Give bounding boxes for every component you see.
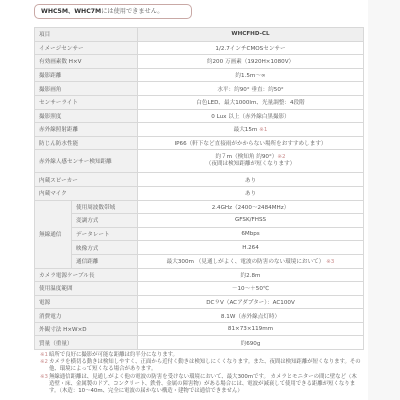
row-label: 撮影照度 — [35, 109, 138, 123]
table-row: 有効画素数 H×V 約200 万画素（1920H×1080V） — [35, 55, 364, 69]
table-row: 映像方式 H.264 — [35, 241, 364, 255]
row-value: 81×73×119mm — [138, 322, 364, 336]
row-label: 内蔵マイク — [35, 186, 138, 200]
footnote-ref: ※1 — [259, 127, 267, 133]
table-row: 内蔵マイク あり — [35, 186, 364, 200]
table-row: イメージセンサー 1/2.7インチCMOSセンサー — [35, 41, 364, 55]
table-row: 無線通信 使用周波数帯域 2.4GHz（2400～2484MHz） — [35, 200, 364, 214]
row-label: データレート — [72, 227, 138, 241]
compatibility-notice: WHC5M、WHC7Mには使用できません。 — [34, 4, 192, 19]
table-row: 撮影画角 水平：約90° 垂直：約50° — [35, 82, 364, 96]
row-label: 電源 — [35, 295, 138, 309]
row-value: GFSK/FHSS — [138, 214, 364, 228]
row-value: 2.4GHz（2400～2484MHz） — [138, 200, 364, 214]
footnote-ref: ※3 — [326, 259, 334, 265]
footnote-text: 無線通信距離は、見通しがよく他の電波の防害を受けない環境において、最大300mで… — [49, 374, 362, 396]
row-label: 内蔵スピーカー — [35, 173, 138, 187]
table-row: 撮影距離 約1.5m～∞ — [35, 68, 364, 82]
notice-text: には使用できません。 — [101, 8, 163, 15]
table-row: 防じん防水性能 IP66（軒下など直接雨がかからない場所をおすすめします） — [35, 136, 364, 150]
row-value: －10～＋50℃ — [138, 282, 364, 296]
row-value: 約200 万画素（1920H×1080V） — [138, 55, 364, 69]
row-value: 1/2.7インチCMOSセンサー — [138, 41, 364, 55]
row-label: 変調方式 — [72, 214, 138, 228]
value-text: 約７m（検知角 約90°） — [215, 154, 277, 160]
table-row: 赤外線人感センサー検知距離 約７m（検知角 約90°）※2 （夜間は検知距離が短… — [35, 150, 364, 173]
row-value: 約2.8m — [138, 268, 364, 282]
row-value: 水平：約90° 垂直：約50° — [138, 82, 364, 96]
row-label: 使用周波数帯域 — [72, 200, 138, 214]
row-label: 撮影距離 — [35, 68, 138, 82]
table-header-row: 項目 WHCFHD-CL — [35, 28, 364, 42]
footnote-2: ※2 カメラを横切る動きは検知しやすく、正面から近付く動きは検知しにくくなります… — [40, 359, 362, 373]
table-row: 撮影照度 0 Lux 以上（赤外線白黒撮影） — [35, 109, 364, 123]
row-value: 約690g — [138, 336, 364, 350]
row-label: 質量（重量） — [35, 336, 138, 350]
table-row: 赤外線照射距離 最大15m ※1 — [35, 123, 364, 137]
table-row: センサーライト 白色LED、最大1000lm、光量調整：4段階 — [35, 95, 364, 109]
row-value: H.264 — [138, 241, 364, 255]
row-label: 外観寸法 H×W×D — [35, 322, 138, 336]
table-row: 消費電力 8.1W（赤外線点灯時） — [35, 309, 364, 323]
row-value: 8.1W（赤外線点灯時） — [138, 309, 364, 323]
row-value: 最大300m （見通しがよく、電波の防害のない環境において） ※3 — [138, 254, 364, 268]
table-row: 通信距離 最大300m （見通しがよく、電波の防害のない環境において） ※3 — [35, 254, 364, 268]
row-label: 映像方式 — [72, 241, 138, 255]
row-value: 6Mbps — [138, 227, 364, 241]
row-label: 有効画素数 H×V — [35, 55, 138, 69]
spec-table: 項目 WHCFHD-CL イメージセンサー 1/2.7インチCMOSセンサー 有… — [34, 27, 364, 350]
footnote-text: カメラを横切る動きは検知しやすく、正面から近付く動きは検知しにくくなります。また… — [49, 359, 362, 373]
footnote-mark: ※2 — [40, 359, 49, 373]
notice-models: WHC5M、WHC7M — [41, 8, 101, 15]
footnote-ref: ※2 — [277, 154, 285, 160]
row-value: 白色LED、最大1000lm、光量調整：4段階 — [138, 95, 364, 109]
table-row: 外観寸法 H×W×D 81×73×119mm — [35, 322, 364, 336]
footnote-mark: ※1 — [40, 352, 49, 359]
footnote-mark: ※3 — [40, 374, 49, 396]
row-label: 消費電力 — [35, 309, 138, 323]
row-value: DC９V（ACアダプター）：AC100V — [138, 295, 364, 309]
row-label: イメージセンサー — [35, 41, 138, 55]
row-label: 通信距離 — [72, 254, 138, 268]
table-row: 電源 DC９V（ACアダプター）：AC100V — [35, 295, 364, 309]
table-row: データレート 6Mbps — [35, 227, 364, 241]
row-label: 使用温度範囲 — [35, 282, 138, 296]
value-text: 最大300m （見通しがよく、電波の防害のない環境において） — [167, 259, 325, 265]
row-label: 赤外線人感センサー検知距離 — [35, 150, 138, 173]
row-label: 赤外線照射距離 — [35, 123, 138, 137]
row-label: 防じん防水性能 — [35, 136, 138, 150]
table-row: 質量（重量） 約690g — [35, 336, 364, 350]
header-label: 項目 — [35, 28, 138, 42]
table-row: 使用温度範囲 －10～＋50℃ — [35, 282, 364, 296]
group-label-wireless: 無線通信 — [35, 200, 72, 268]
row-value: 約1.5m～∞ — [138, 68, 364, 82]
row-value: IP66（軒下など直接雨がかからない場所をおすすめします） — [138, 136, 364, 150]
page-side-strip — [368, 0, 400, 400]
value-subtext: （夜間は検知距離が短くなります） — [206, 161, 296, 167]
row-label: カメラ電源ケーブル長 — [35, 268, 138, 282]
header-model: WHCFHD-CL — [138, 28, 364, 42]
table-row: 変調方式 GFSK/FHSS — [35, 214, 364, 228]
row-label: 撮影画角 — [35, 82, 138, 96]
value-text: 最大15m — [234, 127, 258, 133]
table-row: 内蔵スピーカー あり — [35, 173, 364, 187]
row-value: あり — [138, 173, 364, 187]
table-row: カメラ電源ケーブル長 約2.8m — [35, 268, 364, 282]
row-value: あり — [138, 186, 364, 200]
footnotes: ※1 暗所で良好に撮影が可能な距離は約半分になります。 ※2 カメラを横切る動き… — [40, 352, 362, 395]
row-label: センサーライト — [35, 95, 138, 109]
row-value: 0 Lux 以上（赤外線白黒撮影） — [138, 109, 364, 123]
footnote-3: ※3 無線通信距離は、見通しがよく他の電波の防害を受けない環境において、最大30… — [40, 374, 362, 396]
row-value: 最大15m ※1 — [138, 123, 364, 137]
row-value: 約７m（検知角 約90°）※2 （夜間は検知距離が短くなります） — [138, 150, 364, 173]
